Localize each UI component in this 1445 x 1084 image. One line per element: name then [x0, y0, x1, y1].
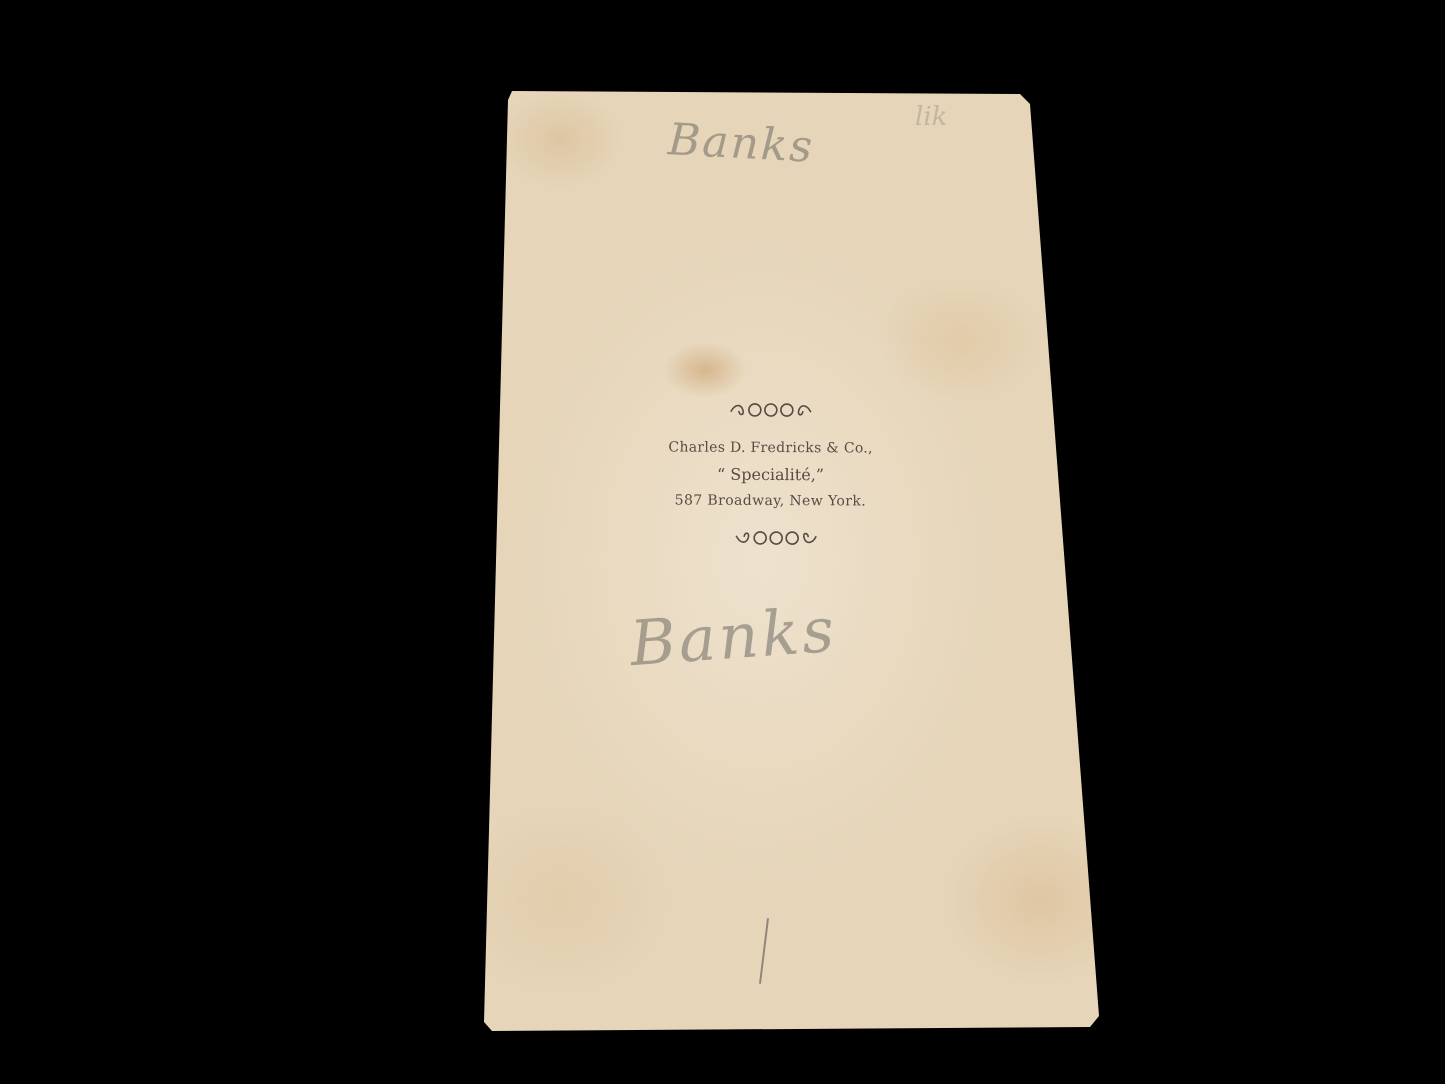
photographer-imprint: Charles D. Fredricks & Co., “ Specialité… — [640, 0, 906, 1]
ornament-top-icon — [638, 399, 904, 425]
imprint-address: 587 Broadway, New York. — [637, 492, 903, 509]
pencil-annotation-top: Banks — [667, 114, 816, 173]
imprint-tagline: “ Specialité,” — [637, 464, 903, 484]
ornament-bottom-icon — [643, 527, 909, 553]
imprint-name: Charles D. Fredricks & Co., — [638, 439, 904, 456]
pencil-corner-mark: lik — [915, 102, 947, 132]
pencil-annotation-bottom: Banks — [628, 593, 839, 680]
